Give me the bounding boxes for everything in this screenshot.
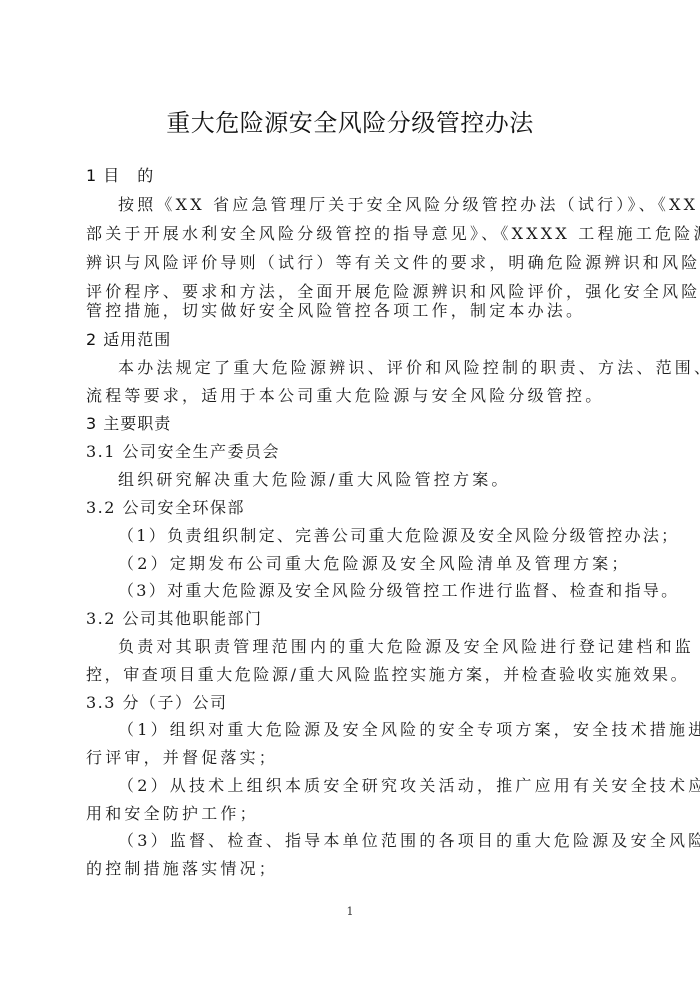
- subsection-heading: 3.2 公司其他职能部门: [86, 609, 263, 629]
- paragraph-line: 组织研究解决重大危险源/重大风险管控方案。: [118, 470, 511, 490]
- subsection-heading: 3.1 公司安全生产委员会: [86, 442, 280, 462]
- paragraph-line: 评价程序、要求和方法，全面开展危险源辨识和风险评价，强化安全风险: [86, 282, 700, 302]
- subsection-heading: 3.3 分（子）公司: [86, 693, 228, 713]
- section-heading-scope: 2 适用范围: [86, 330, 171, 350]
- paragraph-line: 流程等要求，适用于本公司重大危险源与安全风险分级管控。: [86, 386, 604, 406]
- list-item-continuation: 的控制措施落实情况；: [86, 859, 278, 879]
- document-title: 重大危险源安全风险分级管控办法: [0, 103, 700, 138]
- list-item-continuation: 用和安全防护工作；: [86, 804, 259, 824]
- section-heading-purpose: 1 目 的: [86, 166, 154, 186]
- list-item: （1）负责组织制定、完善公司重大危险源及安全风险分级管控办法；: [118, 526, 679, 546]
- list-item: （2）定期发布公司重大危险源及安全风险清单及管理方案；: [118, 554, 631, 574]
- section-heading-responsibilities: 3 主要职责: [86, 414, 171, 434]
- paragraph-line: 部关于开展水利安全风险分级管控的指导意见》、《XXXX 工程施工危险源: [86, 224, 700, 244]
- document-page: 重大危险源安全风险分级管控办法 1 目 的 按照《XX 省应急管理厅关于安全风险…: [0, 0, 700, 990]
- list-item: （2）从技术上组织本质安全研究攻关活动，推广应用有关安全技术应: [118, 776, 700, 796]
- paragraph-line: 管控措施，切实做好安全风险管控各项工作，制定本办法。: [86, 301, 585, 321]
- paragraph-line: 负责对其职责管理范围内的重大危险源及安全风险进行登记建档和监: [118, 637, 694, 657]
- subsection-heading: 3.2 公司安全环保部: [86, 498, 245, 518]
- list-item: （3）对重大危险源及安全风险分级管控工作进行监督、检查和指导。: [118, 581, 679, 601]
- page-number: 1: [0, 905, 700, 918]
- list-item: （1）组织对重大危险源及安全风险的安全专项方案，安全技术措施进: [118, 720, 700, 740]
- paragraph-line: 按照《XX 省应急管理厅关于安全风险分级管控办法（试行）》、《XX: [118, 195, 698, 215]
- paragraph-line: 辨识与风险评价导则（试行）等有关文件的要求，明确危险源辨识和风险: [86, 253, 700, 273]
- paragraph-line: 本办法规定了重大危险源辨识、评价和风险控制的职责、方法、范围、: [118, 358, 700, 378]
- list-item: （3）监督、检查、指导本单位范围的各项目的重大危险源及安全风险: [118, 831, 700, 851]
- list-item-continuation: 行评审，并督促落实；: [86, 748, 278, 768]
- paragraph-line: 控，审查项目重大危险源/重大风险监控实施方案，并检查验收实施效果。: [86, 665, 689, 685]
